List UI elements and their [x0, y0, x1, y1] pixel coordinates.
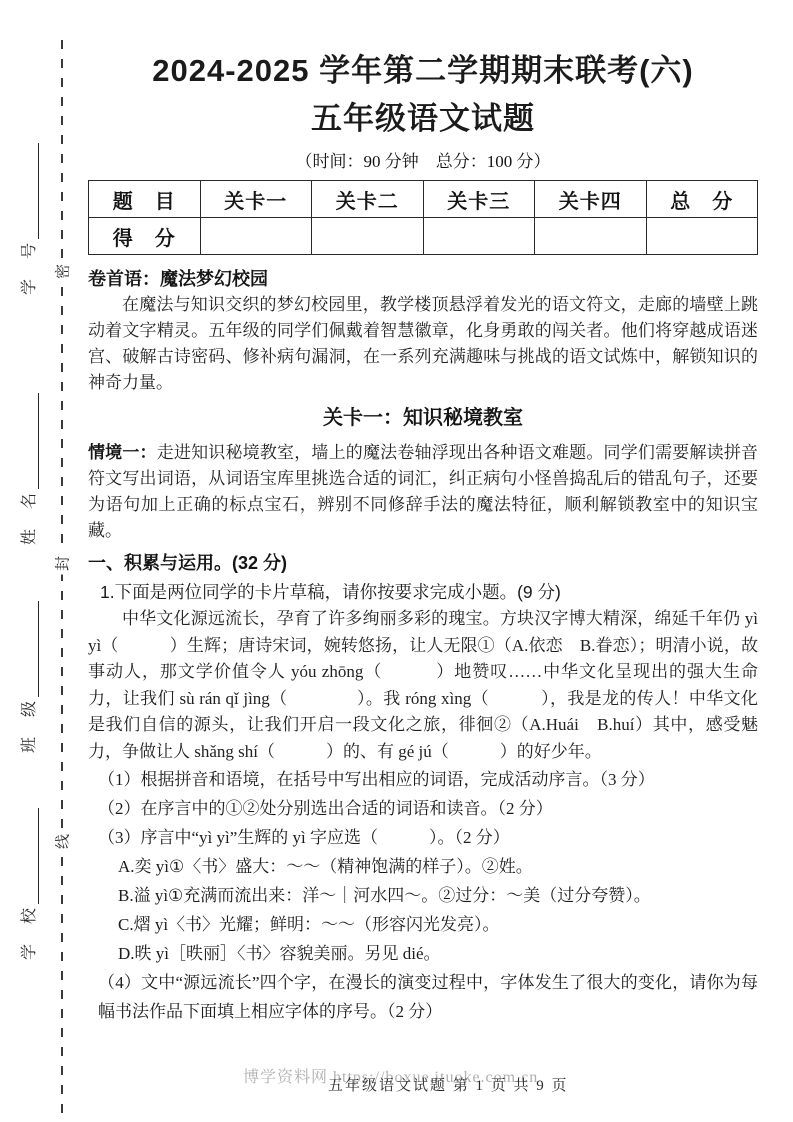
score-cell-level1	[200, 218, 312, 255]
question1-stem: 1.下面是两位同学的卡片草稿，请你按要求完成小题。(9 分)	[88, 579, 758, 606]
preface-heading: 卷首语：魔法梦幻校园	[88, 266, 758, 292]
main-content: 2024-2025 学年第二学期期末联考(六) 五年级语文试题 （时间：90 分…	[88, 40, 758, 1026]
sub-question-1: （1）根据拼音和语境，在括号中写出相应的词语，完成活动序言。（3 分）	[88, 765, 758, 794]
section1-heading: 一、积累与运用。(32 分)	[88, 550, 758, 576]
q3-option-c: C.熠 yì〈书〉光耀；鲜明：～～（形容闪光发亮）。	[88, 910, 758, 939]
q3-option-a: A.奕 yì①〈书〉盛大：～～（精神饱满的样子）。②姓。	[88, 852, 758, 881]
student-number-field: 学 号	[17, 125, 39, 295]
level1-heading: 关卡一：知识秘境教室	[88, 404, 758, 432]
school-blank	[25, 808, 39, 904]
class-blank	[25, 601, 39, 697]
score-header-level1: 关卡一	[200, 181, 312, 218]
class-field: 班 级	[17, 583, 39, 753]
seal-char-feng: 封	[49, 553, 76, 575]
student-name-field: 姓 名	[17, 375, 39, 545]
score-cell-total	[646, 218, 758, 255]
score-cell-level3	[423, 218, 535, 255]
q3-option-d: D.昳 yì［昳丽］〈书〉容貌美丽。另见 dié。	[88, 939, 758, 968]
score-header-total: 总 分	[646, 181, 758, 218]
sub-question-3: （3）序言中“yì yì”生辉的 yì 字应选（ ）。（2 分）	[88, 823, 758, 852]
page-footer: 博学资料网 https://boxue.ituoke.com.cn 五年级语文试…	[88, 1058, 758, 1118]
score-header-level4: 关卡四	[535, 181, 647, 218]
score-header-level2: 关卡二	[312, 181, 424, 218]
scenario-1-body: 走进知识秘境教室，墙上的魔法卷轴浮现出各种语文难题。同学们需要解读拼音符文写出词…	[88, 443, 758, 540]
scenario-1-label: 情境一：	[88, 443, 157, 462]
exam-paper-page: 密 封 线 学 号 姓 名 班 级 学 校 2024-2025 学年第二学期期末…	[0, 0, 793, 1122]
score-cell-level4	[535, 218, 647, 255]
page-number-text: 五年级语文试题 第 1 页 共 9 页	[328, 1074, 569, 1095]
score-header-timu: 题 目	[89, 181, 201, 218]
school-field: 学 校	[17, 790, 39, 960]
score-header-level3: 关卡三	[423, 181, 535, 218]
school-label: 学 校	[16, 906, 39, 960]
seal-char-xian: 线	[49, 831, 76, 853]
preface-body: 在魔法与知识交织的梦幻校园里，教学楼顶悬浮着发光的语文符文，走廊的墙壁上跳动着文…	[88, 292, 758, 396]
score-table-header-row: 题 目 关卡一 关卡二 关卡三 关卡四 总 分	[89, 181, 758, 218]
exam-title-line1: 2024-2025 学年第二学期期末联考(六)	[88, 50, 758, 92]
sub-question-2: （2）在序言中的①②处分别选出合适的词语和读音。（2 分）	[88, 794, 758, 823]
class-label: 班 级	[16, 699, 39, 753]
student-number-blank	[25, 143, 39, 239]
seal-dashed-line	[61, 40, 63, 1122]
student-number-label: 学 号	[16, 241, 39, 295]
q3-option-b: B.溢 yì①充满而流出来：洋～｜河水四～。②过分：～美（过分夸赞）。	[88, 881, 758, 910]
score-table: 题 目 关卡一 关卡二 关卡三 关卡四 总 分 得 分	[88, 180, 758, 255]
score-table-score-row: 得 分	[89, 218, 758, 255]
seal-char-mi: 密	[49, 261, 76, 283]
score-row-label: 得 分	[89, 218, 201, 255]
sub-question-4: （4）文中“源远流长”四个字，在漫长的演变过程中，字体发生了很大的变化，请你为每…	[88, 968, 758, 1026]
score-cell-level2	[312, 218, 424, 255]
exam-title-line2: 五年级语文试题	[88, 98, 758, 140]
scenario-1-paragraph: 情境一：走进知识秘境教室，墙上的魔法卷轴浮现出各种语文难题。同学们需要解读拼音符…	[88, 440, 758, 544]
student-name-label: 姓 名	[16, 491, 39, 545]
student-name-blank	[25, 393, 39, 489]
exam-meta-line: （时间：90 分钟 总分：100 分）	[88, 147, 758, 172]
question1-passage: 中华文化源远流长，孕育了许多绚丽多彩的瑰宝。方块汉字博大精深，绵延千年仍 yì …	[88, 606, 758, 765]
